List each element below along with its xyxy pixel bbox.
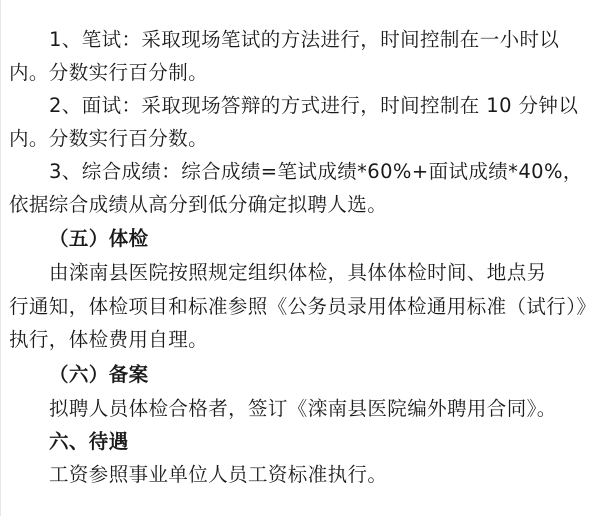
section-heading-compensation: 六、待遇 — [49, 430, 129, 454]
overall-score-line-1: 3、综合成绩：综合成绩=笔试成绩*60%+面试成绩*40%， — [49, 160, 583, 184]
interview-line-1: 2、面试：采取现场答辩的方式进行，时间控制在 10 分钟以 — [49, 94, 578, 118]
filing-line-1: 拟聘人员体检合格者，签订《滦南县医院编外聘用合同》。 — [49, 397, 557, 421]
document-page: 1、笔试：采取现场笔试的方法进行，时间控制在一小时以 内。分数实行百分制。 2、… — [0, 0, 600, 516]
section-heading-filing: （六）备案 — [49, 363, 149, 387]
interview-line-2: 内。分数实行百分数。 — [9, 127, 208, 151]
written-test-line-1: 1、笔试：采取现场笔试的方法进行，时间控制在一小时以 — [49, 28, 559, 52]
physical-exam-line-1: 由滦南县医院按照规定组织体检，具体体检时间、地点另 — [49, 261, 547, 285]
written-test-line-2: 内。分数实行百分制。 — [9, 61, 208, 85]
physical-exam-line-3: 执行，体检费用自理。 — [9, 328, 208, 352]
physical-exam-line-2: 行通知，体检项目和标准参照《公务员录用体检通用标准（试行）》 — [9, 295, 596, 319]
overall-score-line-2: 依据综合成绩从高分到低分确定拟聘人选。 — [9, 193, 387, 217]
compensation-line-1: 工资参照事业单位人员工资标准执行。 — [49, 463, 387, 487]
section-heading-physical-exam: （五）体检 — [49, 227, 149, 251]
